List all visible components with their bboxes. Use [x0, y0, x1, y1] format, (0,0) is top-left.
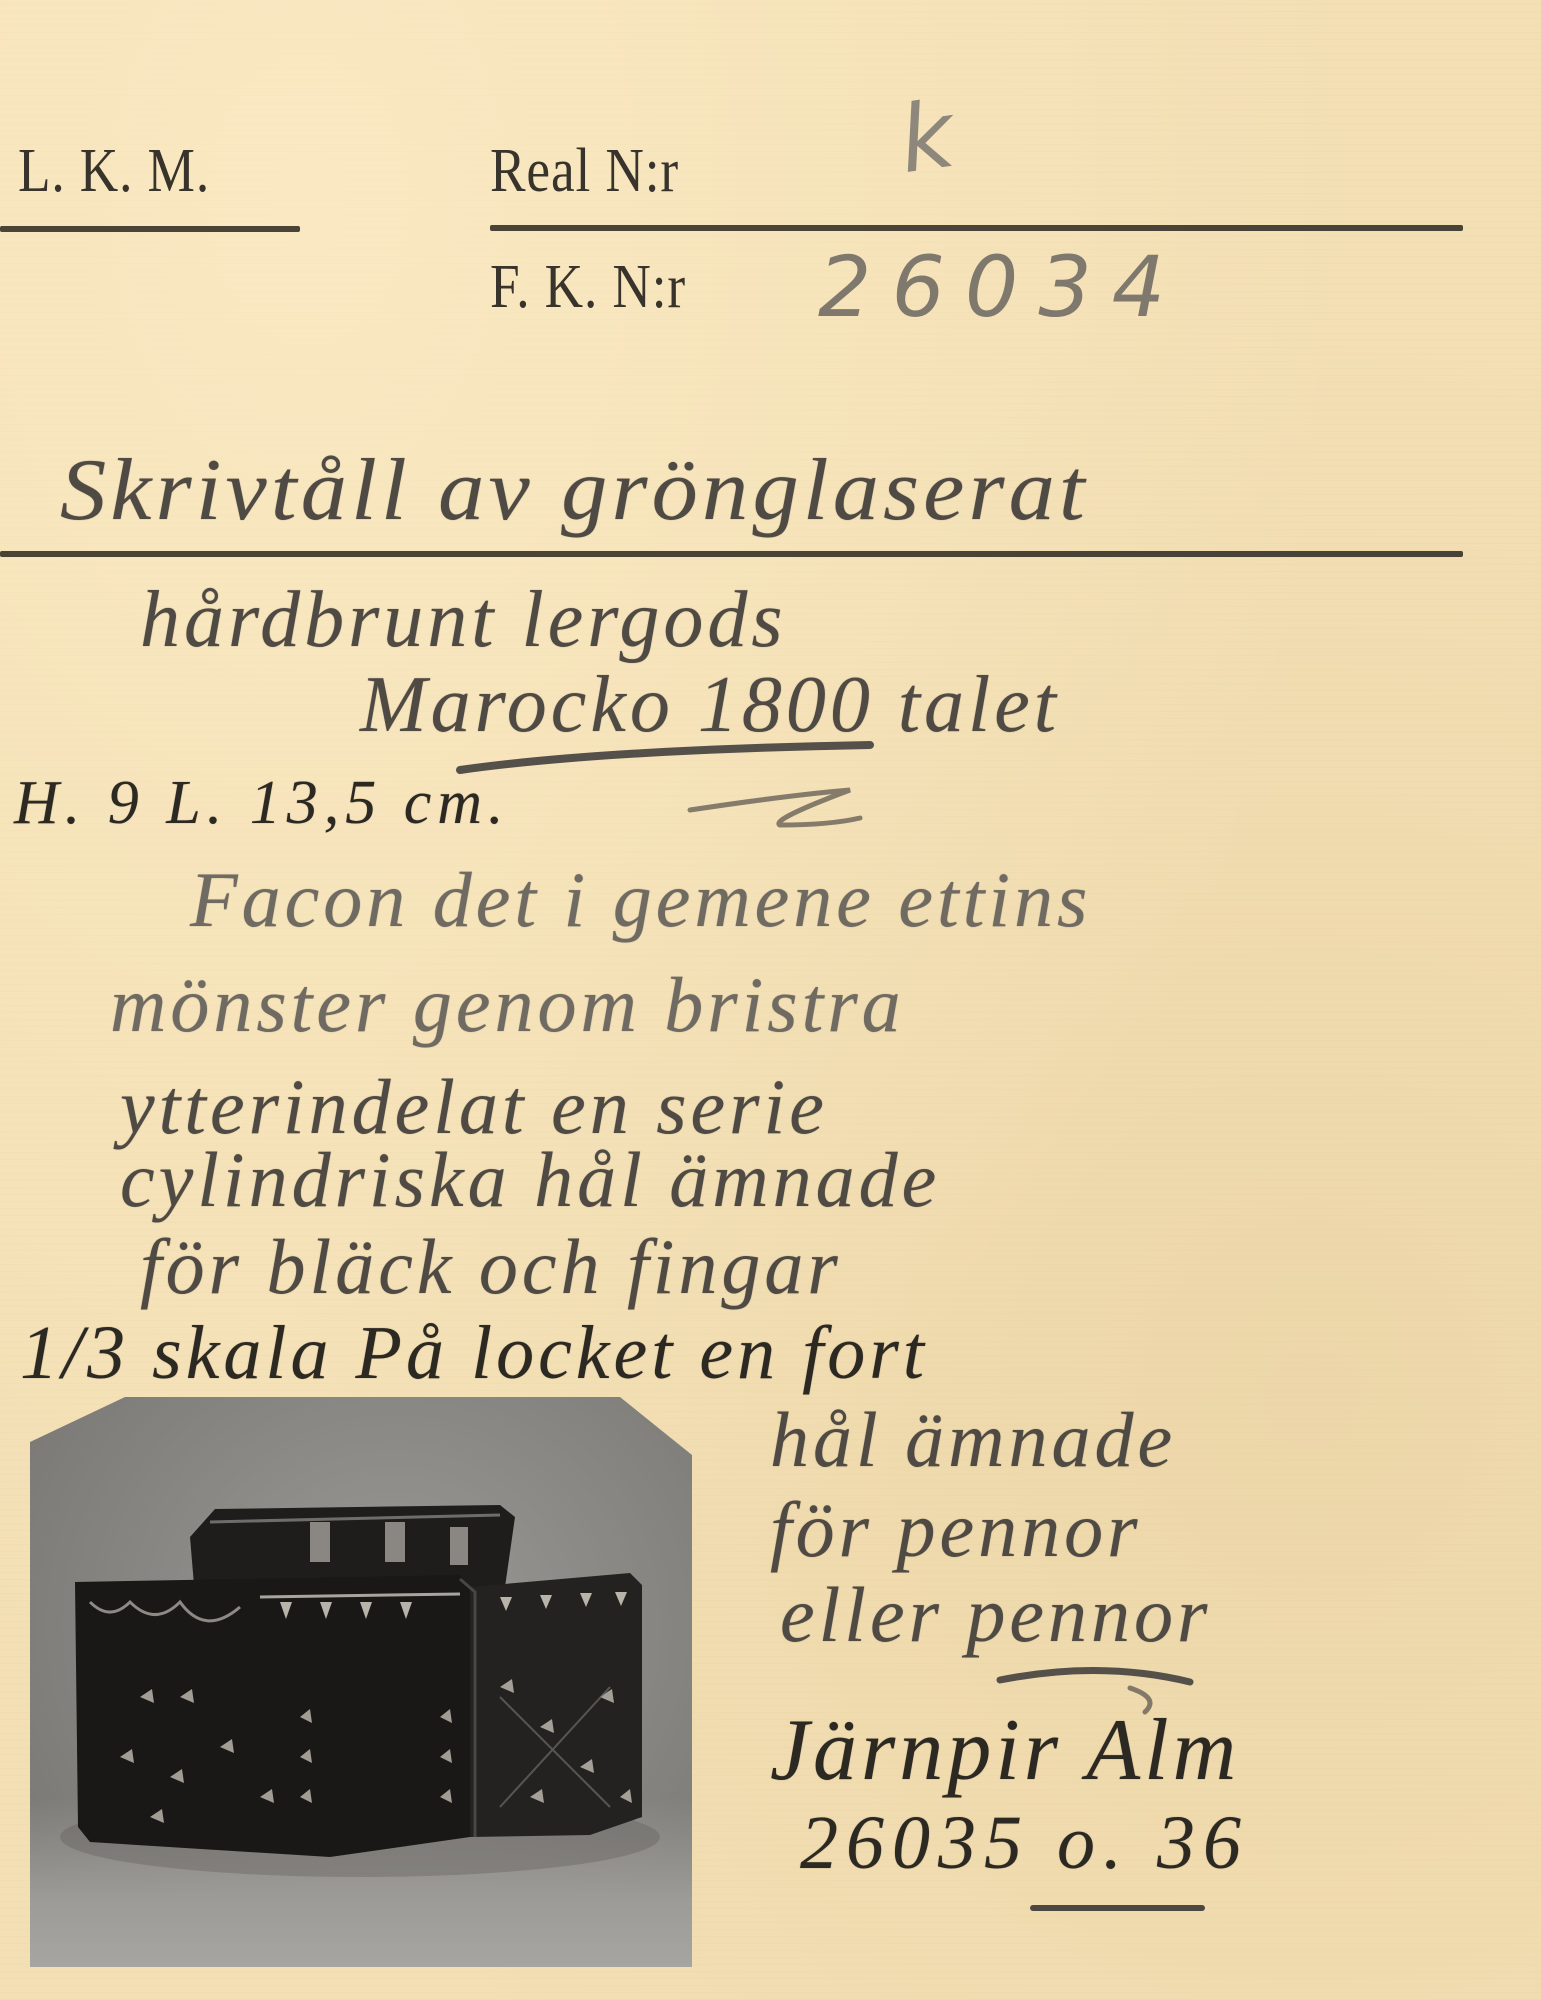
real-number-label: Real N:r: [490, 136, 679, 207]
description-line-8: för bläck och fingar: [140, 1222, 842, 1312]
description-line-material: hårdbrunt lergods: [140, 575, 787, 666]
inkstand-image: [30, 1397, 692, 1967]
institution-label: L. K. M.: [18, 136, 210, 207]
related-numbers: 26035 o. 36: [800, 1800, 1249, 1887]
header-rule-right: [490, 225, 1463, 231]
title-rule: [0, 551, 1463, 557]
description-line-10: hål ämnade: [770, 1395, 1176, 1485]
header-rule-left: [0, 226, 300, 232]
underline-flourish: [450, 700, 950, 830]
related-numbers-underline: [1030, 1905, 1205, 1911]
real-number-value: k: [893, 81, 961, 194]
description-title-line: Skrivtåll av grönglaserat: [60, 440, 1089, 541]
description-line-11: för pennor: [770, 1485, 1142, 1575]
fk-number-value: 26034: [818, 238, 1185, 336]
dimensions: H. 9 L. 13,5 cm.: [14, 768, 510, 839]
description-line-4: Facon det i gemene ettins: [190, 855, 1091, 945]
fk-number-label: F. K. N:r: [490, 252, 686, 323]
description-line-7: cylindriska hål ämnade: [120, 1135, 940, 1225]
signature: Järnpir Alm: [770, 1700, 1240, 1801]
description-line-9: 1/3 skala På locket en fort: [20, 1310, 928, 1397]
object-photograph: [30, 1397, 692, 1967]
description-line-5: mönster genom bristra: [110, 960, 905, 1050]
